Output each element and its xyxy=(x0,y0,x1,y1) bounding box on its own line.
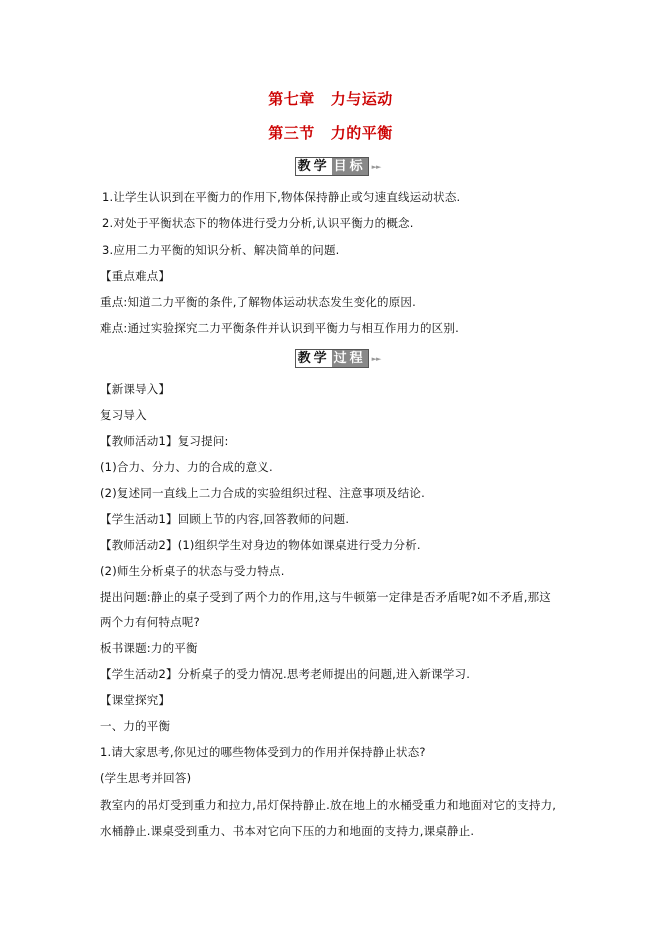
chapter-title: 第七章力与运动 xyxy=(0,88,661,109)
paragraph: 水桶静止.课桌受到重力、书本对它向下压的力和地面的支持力,课桌静止. xyxy=(100,824,474,838)
paragraph: 教室内的吊灯受到重力和拉力,吊灯保持静止.放在地上的水桶受重力和地面对它的支持力… xyxy=(100,798,556,812)
paragraph: 1.请大家思考,你见过的哪些物体受到力的作用并保持静止状态? xyxy=(100,745,426,759)
paragraph: 复习导入 xyxy=(100,408,147,422)
badge-part-a: 教学 xyxy=(296,350,332,367)
paragraph: (2)师生分析桌子的状态与受力特点. xyxy=(100,564,285,578)
key-points-heading: 【重点难点】 xyxy=(100,269,170,283)
objective-item: 3.应用二力平衡的知识分析、解决简单的问题. xyxy=(102,243,340,257)
objective-item: 1.让学生认识到在平衡力的作用下,物体保持静止或匀速直线运动状态. xyxy=(102,190,460,204)
double-arrow-icon: ►► xyxy=(372,355,381,363)
section-number: 第三节 xyxy=(268,124,315,142)
paragraph: (2)复述同一直线上二力合成的实验组织过程、注意事项及结论. xyxy=(100,486,425,500)
section-title: 第三节力的平衡 xyxy=(0,122,661,143)
section-name: 力的平衡 xyxy=(331,124,393,142)
teacher-activity: 【教师活动2】(1)组织学生对身边的物体如课桌进行受力分析. xyxy=(100,538,421,552)
key-point-focus: 重点:知道二力平衡的条件,了解物体运动状态发生变化的原因. xyxy=(100,295,416,309)
paragraph: 提出问题:静止的桌子受到了两个力的作用,这与牛顿第一定律是否矛盾呢?如不矛盾,那… xyxy=(100,590,551,604)
student-activity: 【学生活动2】分析桌子的受力情况.思考老师提出的问题,进入新课学习. xyxy=(100,667,470,681)
student-activity: 【学生活动1】回顾上节的内容,回答教师的问题. xyxy=(100,512,349,526)
teacher-activity: 【教师活动1】复习提问: xyxy=(100,434,229,448)
process-badge: 教学 过程 xyxy=(295,349,369,368)
chapter-name: 力与运动 xyxy=(331,90,393,108)
badge-part-a: 教学 xyxy=(296,158,332,175)
paragraph: (学生思考并回答) xyxy=(100,771,191,785)
key-point-difficulty: 难点:通过实验探究二力平衡条件并认识到平衡力与相互作用力的区别. xyxy=(100,321,459,335)
objective-item: 2.对处于平衡状态下的物体进行受力分析,认识平衡力的概念. xyxy=(102,216,414,230)
subsection-heading: 一、力的平衡 xyxy=(100,719,170,733)
paragraph: 板书课题:力的平衡 xyxy=(100,641,198,655)
paragraph: (1)合力、分力、力的合成的意义. xyxy=(100,460,273,474)
badge-part-b: 目标 xyxy=(332,158,368,175)
paragraph: 两个力有何特点呢? xyxy=(100,615,200,629)
section-heading: 【课堂探究】 xyxy=(100,693,170,707)
objectives-badge-row: 教学 目标 ►► xyxy=(0,156,661,176)
chapter-number: 第七章 xyxy=(268,90,315,108)
objectives-badge: 教学 目标 xyxy=(295,157,369,176)
badge-part-b: 过程 xyxy=(332,350,368,367)
section-heading: 【新课导入】 xyxy=(100,382,170,396)
double-arrow-icon: ►► xyxy=(372,163,381,171)
document-page: 第七章力与运动 第三节力的平衡 教学 目标 ►► 1.让学生认识到在平衡力的作用… xyxy=(0,0,661,935)
process-badge-row: 教学 过程 ►► xyxy=(0,348,661,368)
